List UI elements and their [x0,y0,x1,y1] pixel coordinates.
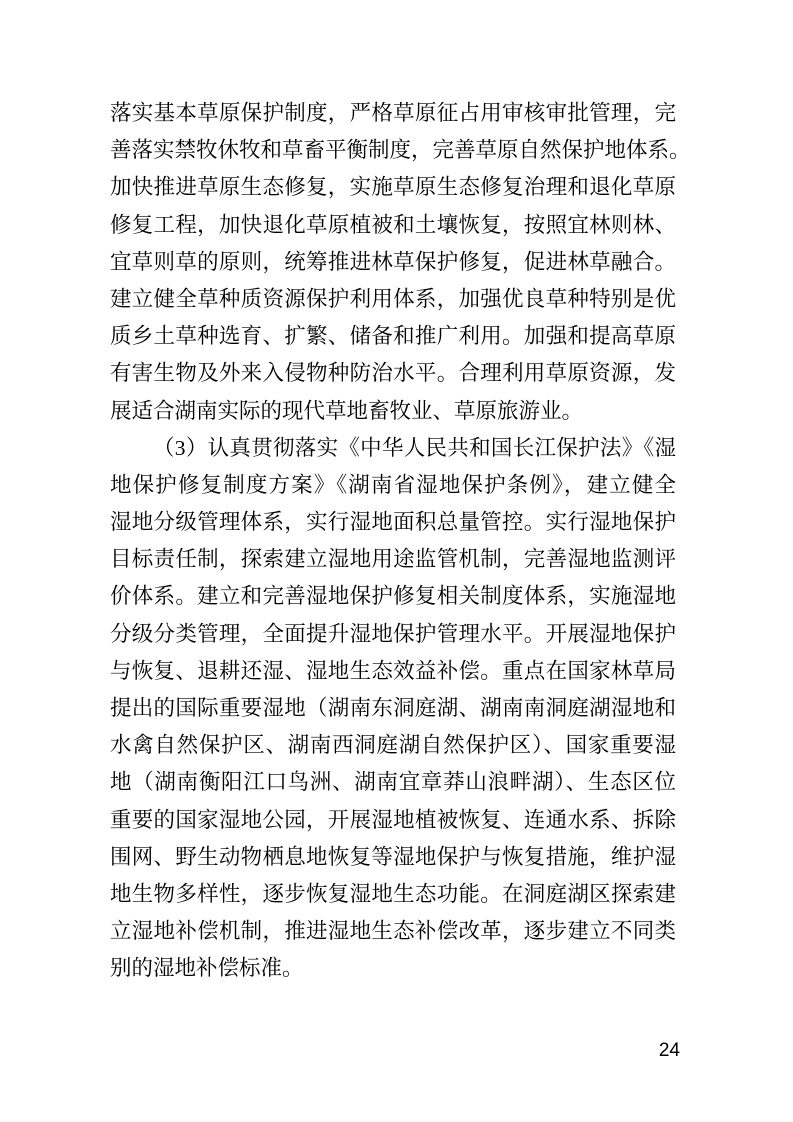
text-line: 分级分类管理，全面提升湿地保护管理水平。开展湿地保护 [110,616,676,653]
text-line: （3）认真贯彻落实《中华人民共和国长江保护法》《湿 [110,430,676,467]
text-line: 质乡土草种选育、扩繁、储备和推广利用。加强和提高草原 [110,318,676,355]
page-number: 24 [110,1040,680,1062]
text-line: 善落实禁牧休牧和草畜平衡制度，完善草原自然保护地体系。 [110,132,676,169]
text-line: 展适合湖南实际的现代草地畜牧业、草原旅游业。 [110,393,676,430]
document-page: 落实基本草原保护制度，严格草原征占用审核审批管理，完善落实禁牧休牧和草畜平衡制度… [0,0,793,1122]
text-line: 围网、野生动物栖息地恢复等湿地保护与恢复措施，维护湿 [110,839,676,876]
text-line: 修复工程，加快退化草原植被和土壤恢复，按照宜林则林、 [110,207,676,244]
paragraph: 落实基本草原保护制度，严格草原征占用审核审批管理，完善落实禁牧休牧和草畜平衡制度… [110,95,676,430]
text-line: 重要的国家湿地公园，开展湿地植被恢复、连通水系、拆除 [110,802,676,839]
text-line: 地生物多样性，逐步恢复湿地生态功能。在洞庭湖区探索建 [110,876,676,913]
text-line: 目标责任制，探索建立湿地用途监管机制，完善湿地监测评 [110,541,676,578]
text-line: 与恢复、退耕还湿、湿地生态效益补偿。重点在国家林草局 [110,653,676,690]
text-line: 宜草则草的原则，统筹推进林草保护修复，促进林草融合。 [110,244,676,281]
text-line: 地保护修复制度方案》《湖南省湿地保护条例》，建立健全 [110,467,676,504]
text-line: 落实基本草原保护制度，严格草原征占用审核审批管理，完 [110,95,676,132]
body-text: 落实基本草原保护制度，严格草原征占用审核审批管理，完善落实禁牧休牧和草畜平衡制度… [110,95,676,988]
text-line: 地（湖南衡阳江口鸟洲、湖南宜章莽山浪畔湖）、生态区位 [110,764,676,801]
text-line: 别的湿地补偿标准。 [110,950,676,987]
text-line: 湿地分级管理体系，实行湿地面积总量管控。实行湿地保护 [110,504,676,541]
text-line: 水禽自然保护区、湖南西洞庭湖自然保护区）、国家重要湿 [110,727,676,764]
text-line: 提出的国际重要湿地（湖南东洞庭湖、湖南南洞庭湖湿地和 [110,690,676,727]
text-line: 加快推进草原生态修复，实施草原生态修复治理和退化草原 [110,169,676,206]
text-line: 立湿地补偿机制，推进湿地生态补偿改革，逐步建立不同类 [110,913,676,950]
text-line: 有害生物及外来入侵物种防治水平。合理利用草原资源，发 [110,355,676,392]
text-line: 价体系。建立和完善湿地保护修复相关制度体系，实施湿地 [110,578,676,615]
text-line: 建立健全草种质资源保护利用体系，加强优良草种特别是优 [110,281,676,318]
paragraph: （3）认真贯彻落实《中华人民共和国长江保护法》《湿地保护修复制度方案》《湖南省湿… [110,430,676,988]
